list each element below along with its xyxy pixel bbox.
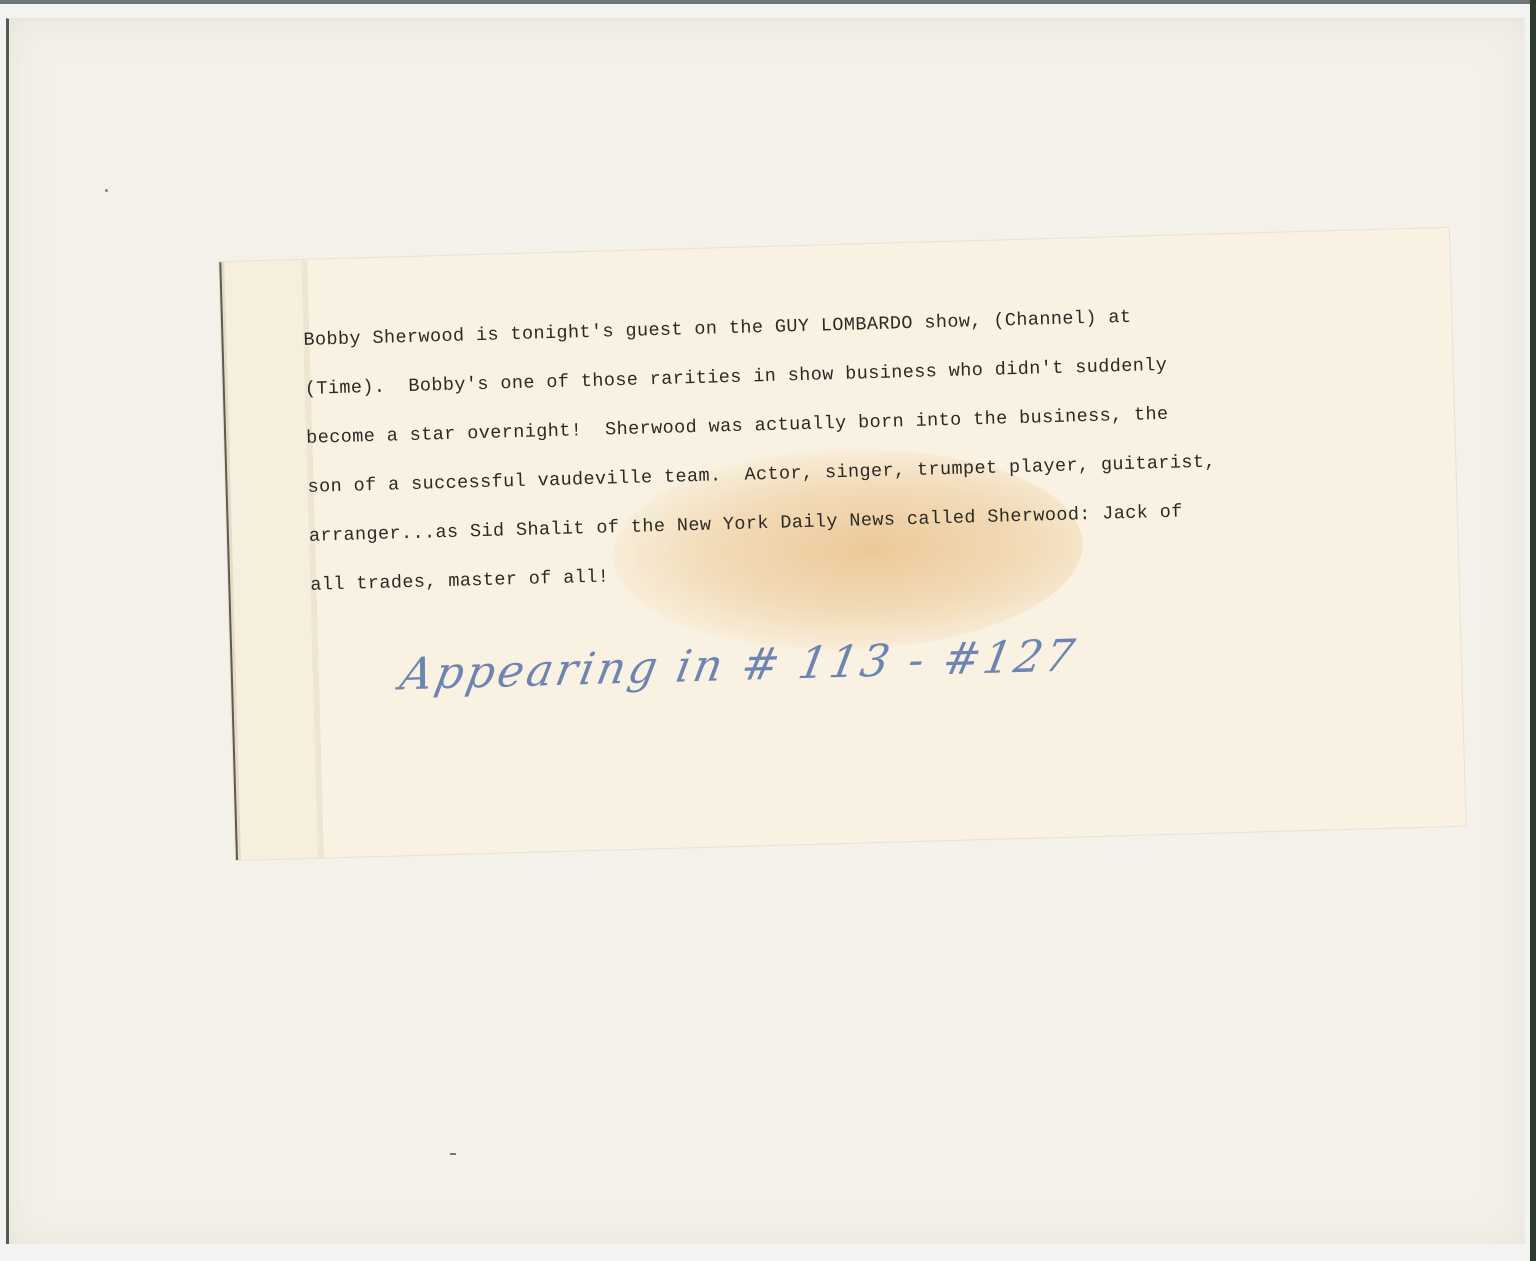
caption-slip: Bobby Sherwood is tonight's guest on the… [219,228,1465,860]
handwritten-note: Appearing in # 113 - #127 [396,630,1081,700]
pencil-mark [450,1153,456,1155]
speck [105,189,108,192]
scanner-edge-right [1530,0,1536,1261]
scanner-edge [0,0,1536,4]
typed-caption: Bobby Sherwood is tonight's guest on the… [303,288,1311,610]
